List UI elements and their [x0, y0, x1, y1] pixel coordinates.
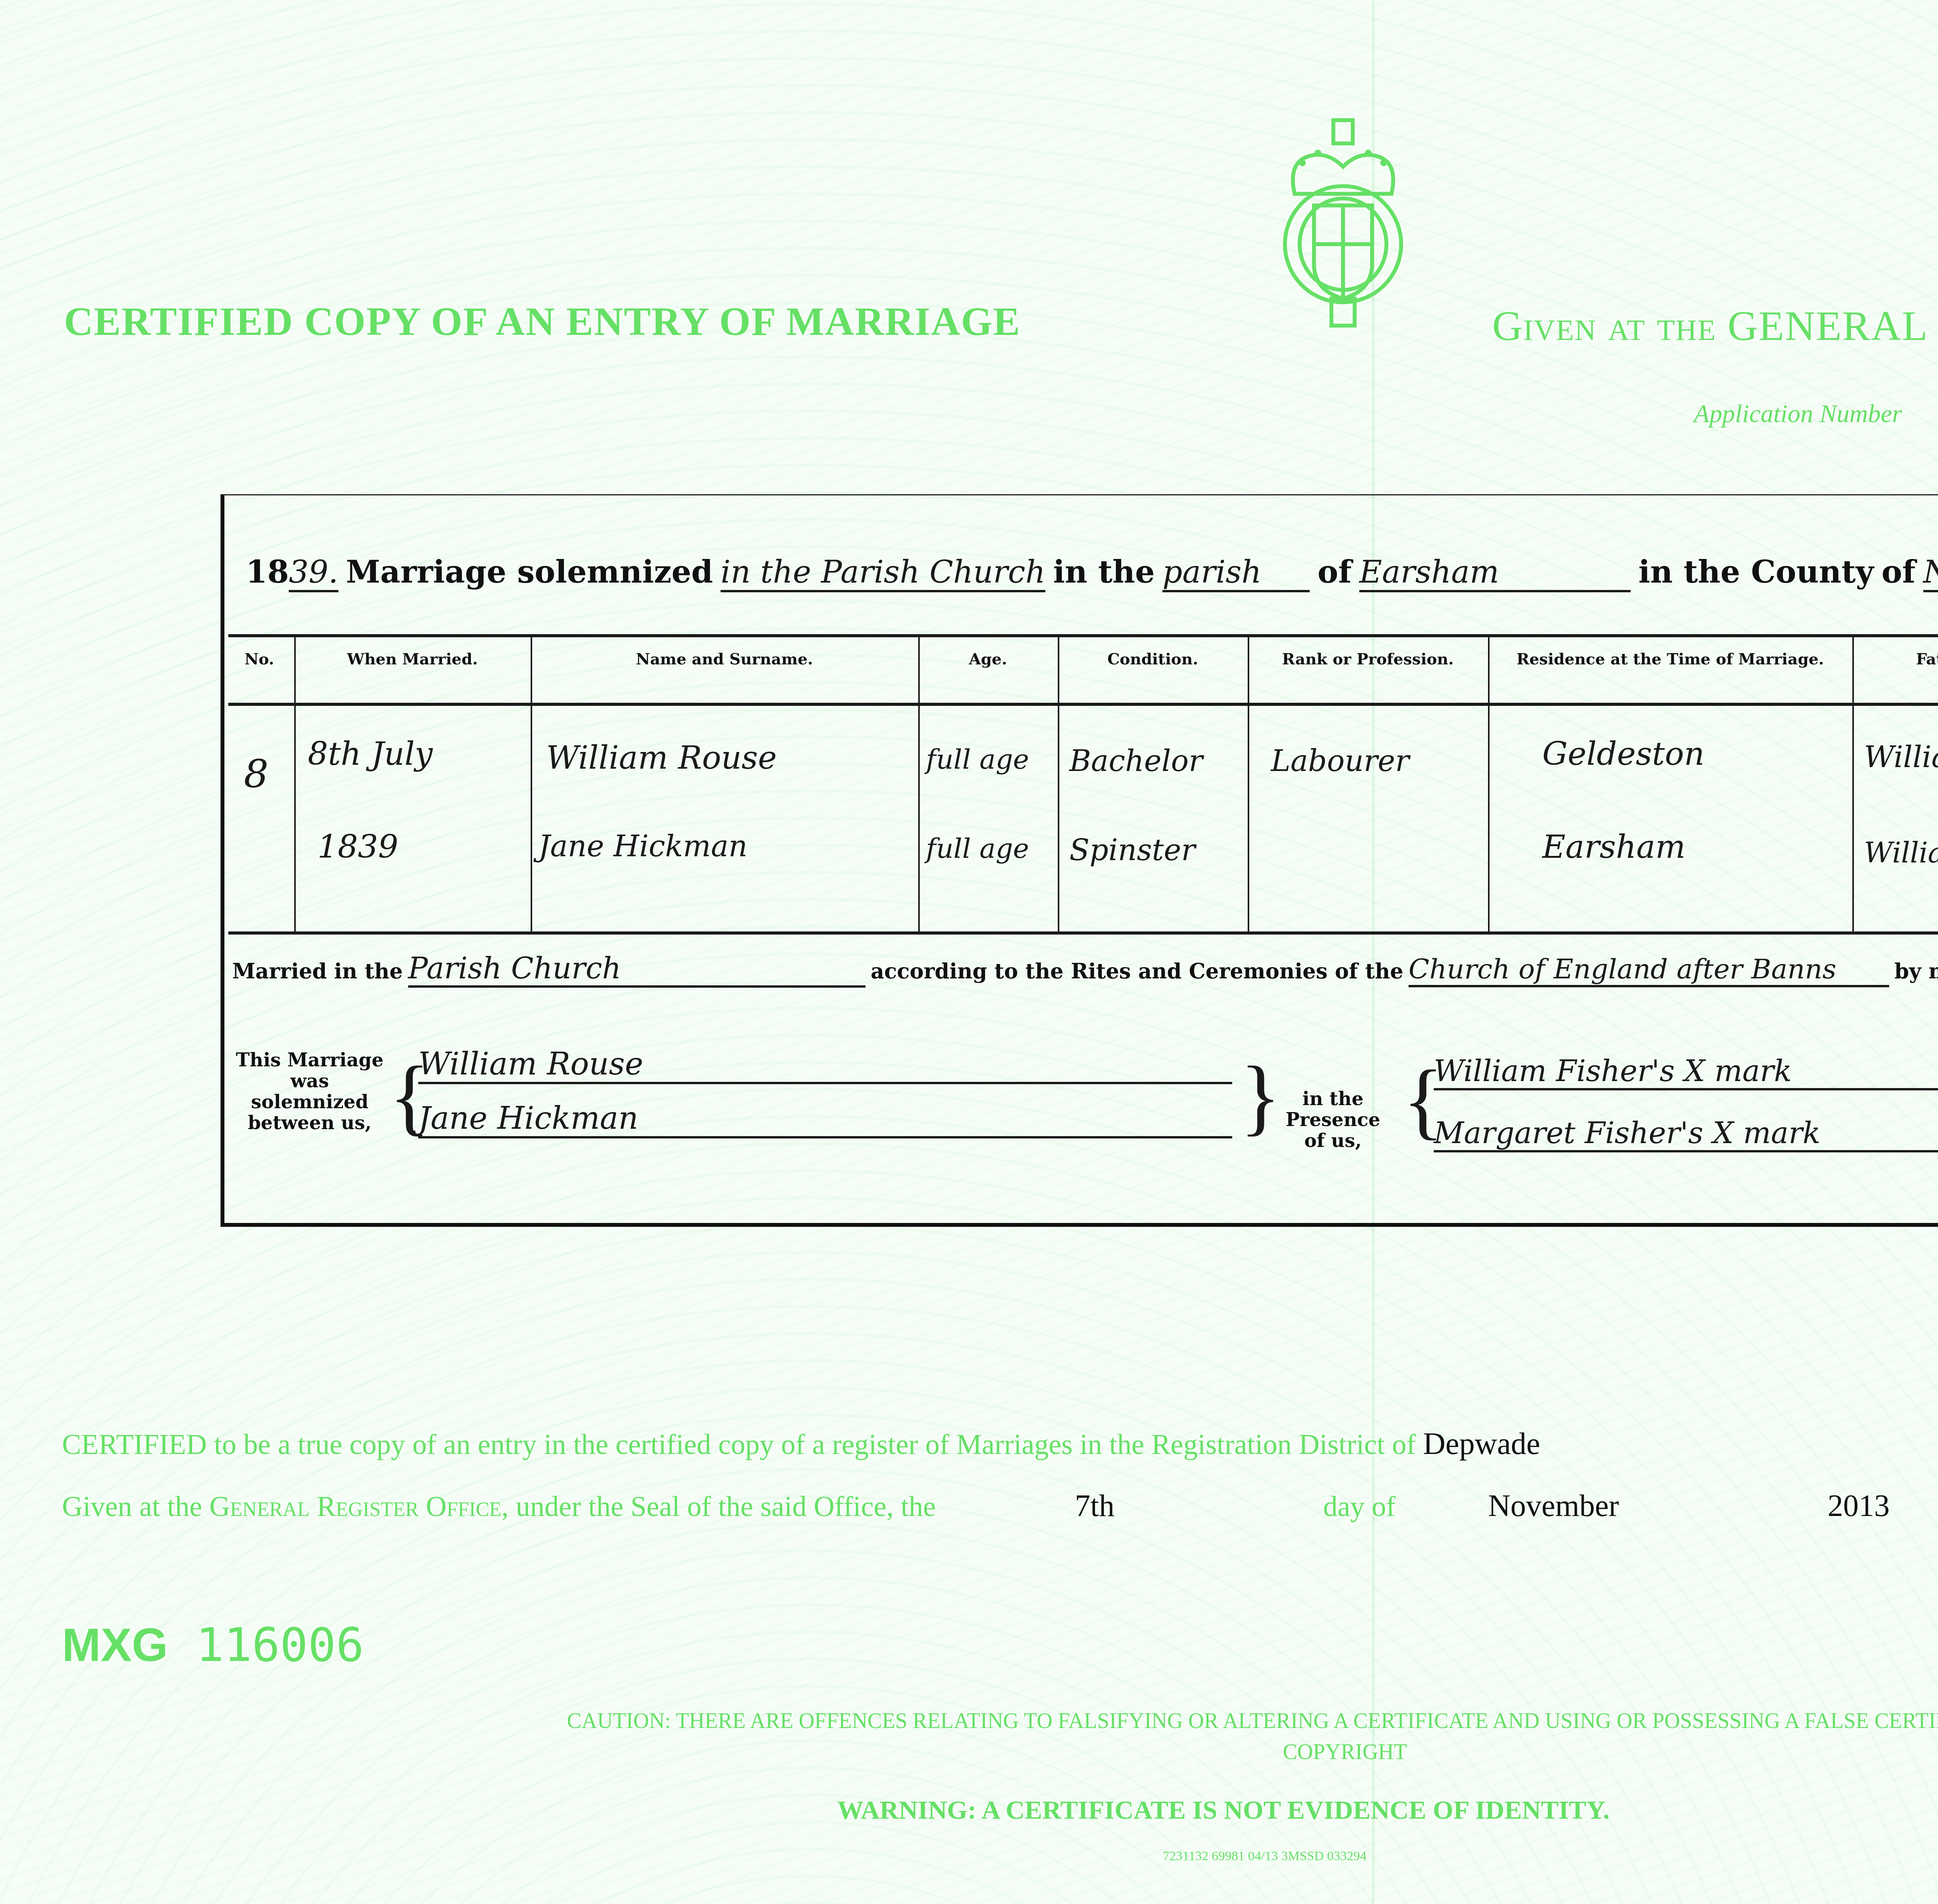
column-header-rank: Rank or Profession. — [1248, 650, 1488, 668]
issue-month: November — [1488, 1489, 1619, 1523]
label-county-of: of — [1881, 554, 1916, 590]
label-marriage-solemnized: Marriage solemnized — [346, 554, 713, 590]
bride-age: full age — [926, 833, 1029, 864]
label-rites: according to the Rites and Ceremonies of… — [871, 959, 1403, 983]
year-handwritten: 39. — [289, 554, 338, 592]
groom-father-name: William Rouse — [1864, 740, 1938, 774]
label-in-the-county: in the County — [1638, 554, 1874, 590]
party-bride-signature: Jane Hickman — [418, 1100, 1232, 1138]
royal-crest-icon — [1271, 116, 1415, 333]
register-title-line: 1839. Marriage solemnized in the Parish … — [246, 554, 1938, 592]
year-printed: 18 — [246, 554, 289, 590]
column-header-age: Age. — [918, 650, 1058, 668]
application-number-label: Application Number — [1694, 399, 1902, 429]
label-married-in: Married in the — [232, 959, 403, 983]
certification-line-2: Given at the General Register Office, un… — [62, 1488, 1890, 1524]
identity-warning: WARNING: A CERTIFICATE IS NOT EVIDENCE O… — [837, 1795, 1610, 1825]
district-type: parish — [1162, 554, 1310, 592]
bride-condition: Spinster — [1069, 833, 1195, 867]
label-in-the: in the — [1053, 554, 1155, 590]
registration-district: Depwade — [1423, 1427, 1540, 1461]
column-header-name: Name and Surname. — [531, 650, 918, 668]
groom-name: William Rouse — [546, 740, 777, 776]
place-of-marriage: in the Parish Church — [721, 554, 1045, 592]
groom-age: full age — [926, 743, 1029, 775]
certificate-title: CERTIFIED COPY OF AN ENTRY OF MARRIAGE — [64, 298, 1021, 345]
issuer-heading: Given at the GENERAL REGISTER OFFICE — [1492, 302, 1938, 350]
caution-notice: CAUTION: THERE ARE OFFENCES RELATING TO … — [512, 1706, 1938, 1768]
groom-condition: Bachelor — [1069, 743, 1203, 778]
married-in-line: Married in the Parish Church according t… — [232, 951, 1938, 988]
label-in-presence: in the Presence of us, — [1279, 1088, 1387, 1151]
bride-residence: Earsham — [1542, 829, 1685, 866]
groom-residence: Geldeston — [1542, 736, 1705, 773]
register-entry-table: 1839. Marriage solemnized in the Parish … — [221, 494, 1938, 1227]
issue-day: 7th — [1075, 1489, 1114, 1523]
certificate-serial: MXG 116006 — [62, 1618, 364, 1672]
label-by-me: by me, — [1895, 959, 1938, 983]
label-solemnized-between: This Marriage was solemnized between us, — [232, 1050, 387, 1133]
party-groom-signature: William Rouse — [418, 1046, 1232, 1084]
groom-rank: Labourer — [1271, 743, 1409, 778]
parish-name: Earsham — [1359, 554, 1631, 592]
entry-number: 8 — [244, 751, 269, 797]
witness-2-signature: Margaret Fisher's X mark — [1434, 1116, 1938, 1152]
column-header-no: No. — [224, 650, 294, 668]
column-header-condition: Condition. — [1058, 650, 1248, 668]
when-married-date: 8th July — [308, 736, 433, 773]
witness-1-signature: William Fisher's X mark — [1434, 1054, 1938, 1090]
column-header-when-married: When Married. — [294, 650, 531, 668]
right-bracket: } — [1240, 1054, 1281, 1139]
bride-father-name: William Hickman — [1864, 836, 1938, 869]
label-of: of — [1317, 554, 1352, 590]
rites-value: Church of England after Banns — [1409, 953, 1889, 987]
print-code: 7231132 69981 04/13 3MSSD 033294 — [1163, 1849, 1367, 1864]
certification-line-1: CERTIFIED to be a true copy of an entry … — [62, 1426, 1540, 1462]
bride-name: Jane Hickman — [538, 829, 747, 863]
county-name: Norfolk — [1923, 554, 1938, 592]
issue-year: 2013 — [1828, 1489, 1890, 1523]
column-header-father-name: Father's Name and Surname. — [1852, 650, 1938, 668]
column-header-residence: Residence at the Time of Marriage. — [1488, 650, 1852, 668]
married-in-value: Parish Church — [408, 951, 866, 988]
when-married-year: 1839 — [317, 829, 398, 866]
